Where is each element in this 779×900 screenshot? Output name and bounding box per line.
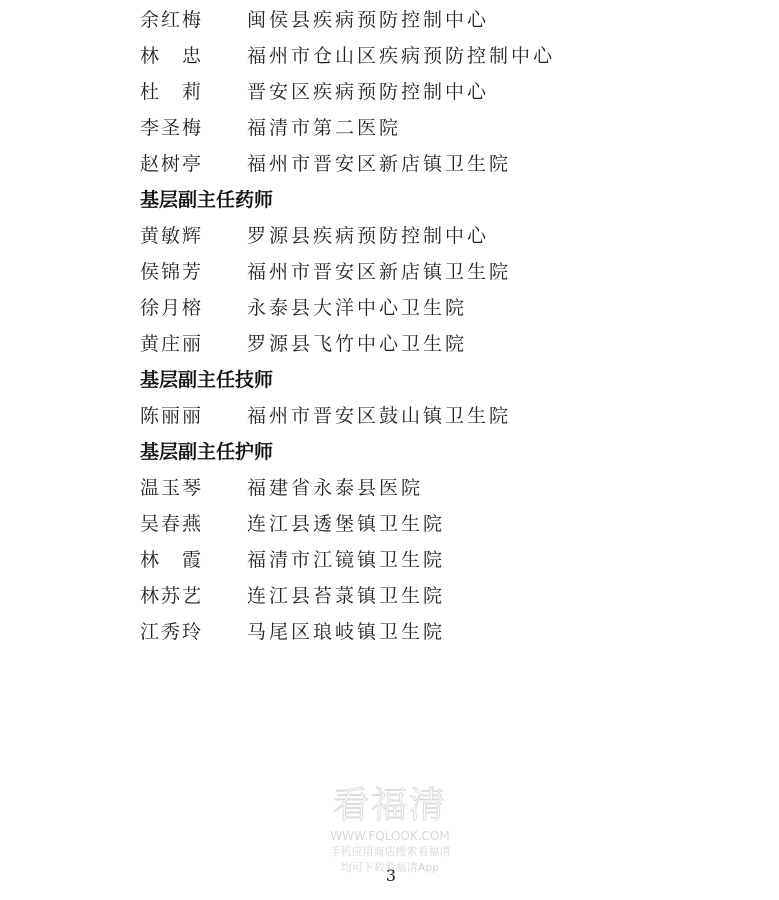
- person-organization: 福清市第二医院: [247, 110, 401, 146]
- person-name: 余红梅: [140, 2, 247, 38]
- person-name: 黄庄丽: [140, 326, 247, 362]
- personnel-list: 余红梅 闽侯县疾病预防控制中心 林 忠 福州市仓山区疾病预防控制中心 杜 莉 晋…: [140, 2, 555, 650]
- list-item: 徐月榕 永泰县大洋中心卫生院: [140, 290, 555, 326]
- list-item: 黄敏辉 罗源县疾病预防控制中心: [140, 218, 555, 254]
- person-organization: 连江县苔菉镇卫生院: [247, 578, 445, 614]
- person-name: 林 霞: [140, 542, 247, 578]
- list-item: 赵树亭 福州市晋安区新店镇卫生院: [140, 146, 555, 182]
- person-organization: 福建省永泰县医院: [247, 470, 423, 506]
- person-name: 林苏艺: [140, 578, 247, 614]
- person-organization: 福州市仓山区疾病预防控制中心: [247, 38, 555, 74]
- person-organization: 福州市晋安区新店镇卫生院: [247, 254, 511, 290]
- person-name: 江秀玲: [140, 614, 247, 650]
- watermark-logo-text: 看福清: [320, 784, 460, 828]
- person-name: 陈丽丽: [140, 398, 247, 434]
- list-item: 林 霞 福清市江镜镇卫生院: [140, 542, 555, 578]
- list-item: 吴春燕 连江县透堡镇卫生院: [140, 506, 555, 542]
- list-item: 林苏艺 连江县苔菉镇卫生院: [140, 578, 555, 614]
- person-organization: 马尾区琅岐镇卫生院: [247, 614, 445, 650]
- person-name: 林 忠: [140, 38, 247, 74]
- person-name: 温玉琴: [140, 470, 247, 506]
- person-name: 黄敏辉: [140, 218, 247, 254]
- person-organization: 罗源县疾病预防控制中心: [247, 218, 489, 254]
- person-organization: 福州市晋安区鼓山镇卫生院: [247, 398, 511, 434]
- person-name: 吴春燕: [140, 506, 247, 542]
- list-item: 黄庄丽 罗源县飞竹中心卫生院: [140, 326, 555, 362]
- person-name: 赵树亭: [140, 146, 247, 182]
- section-heading-nurse: 基层副主任护师: [140, 434, 555, 470]
- person-organization: 罗源县飞竹中心卫生院: [247, 326, 467, 362]
- person-organization: 永泰县大洋中心卫生院: [247, 290, 467, 326]
- list-item: 余红梅 闽侯县疾病预防控制中心: [140, 2, 555, 38]
- person-organization: 福州市晋安区新店镇卫生院: [247, 146, 511, 182]
- section-heading-pharmacist: 基层副主任药师: [140, 182, 555, 218]
- list-item: 江秀玲 马尾区琅岐镇卫生院: [140, 614, 555, 650]
- list-item: 李圣梅 福清市第二医院: [140, 110, 555, 146]
- watermark-url: WWW.FQLOOK.COM: [320, 828, 460, 844]
- list-item: 杜 莉 晋安区疾病预防控制中心: [140, 74, 555, 110]
- person-name: 杜 莉: [140, 74, 247, 110]
- list-item: 温玉琴 福建省永泰县医院: [140, 470, 555, 506]
- person-name: 李圣梅: [140, 110, 247, 146]
- list-item: 林 忠 福州市仓山区疾病预防控制中心: [140, 38, 555, 74]
- watermark-line-1: 手机应用商店搜索看福清: [320, 844, 460, 860]
- list-item: 侯锦芳 福州市晋安区新店镇卫生院: [140, 254, 555, 290]
- person-name: 徐月榕: [140, 290, 247, 326]
- section-heading-technician: 基层副主任技师: [140, 362, 555, 398]
- page-number: 3: [378, 866, 404, 885]
- person-organization: 闽侯县疾病预防控制中心: [247, 2, 489, 38]
- person-organization: 福清市江镜镇卫生院: [247, 542, 445, 578]
- person-organization: 晋安区疾病预防控制中心: [247, 74, 489, 110]
- page-number-value: 3: [386, 866, 396, 885]
- person-organization: 连江县透堡镇卫生院: [247, 506, 445, 542]
- person-name: 侯锦芳: [140, 254, 247, 290]
- list-item: 陈丽丽 福州市晋安区鼓山镇卫生院: [140, 398, 555, 434]
- watermark: 看福清 WWW.FQLOOK.COM 手机应用商店搜索看福清 均可下载看福清Ap…: [320, 784, 460, 876]
